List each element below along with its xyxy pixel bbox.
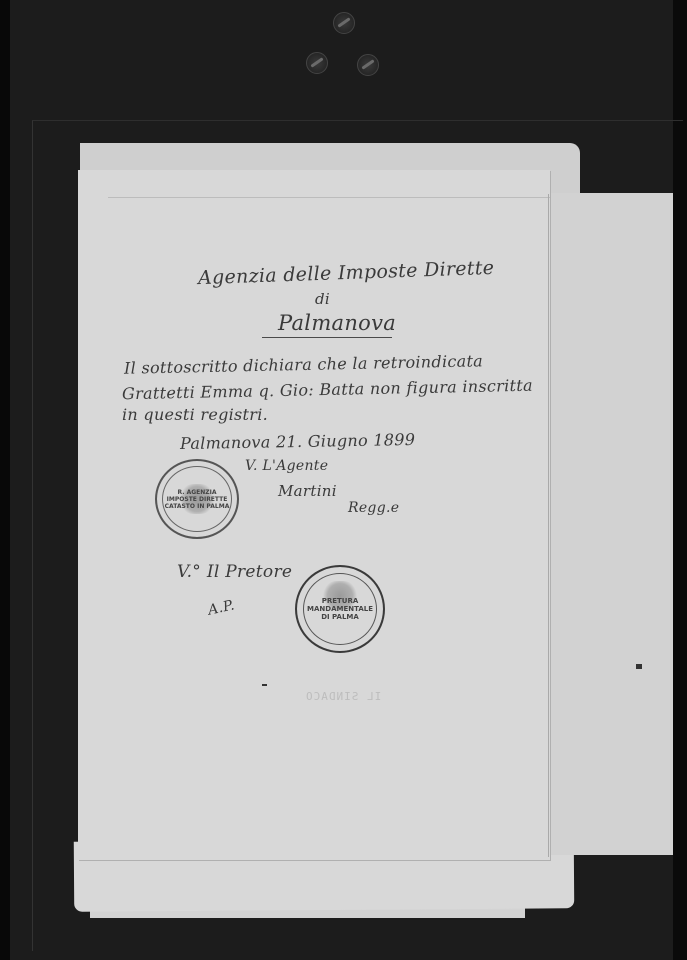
agency-stamp-text: R. AGENZIA IMPOSTE DIRETTE CATASTO IN PA…: [157, 489, 237, 510]
agency-stamp: R. AGENZIA IMPOSTE DIRETTE CATASTO IN PA…: [155, 459, 239, 539]
declaration-line-3: in questi registri.: [122, 405, 268, 424]
heading-underline: [262, 337, 392, 338]
sheet-inner-fold: [108, 197, 550, 198]
ink-speck: [262, 684, 267, 686]
screw-icon: [333, 12, 355, 34]
signature-suffix: Regg.e: [348, 500, 399, 516]
agent-title: V. L'Agente: [245, 458, 328, 474]
agent-signature: Martini: [278, 482, 337, 500]
pretura-stamp: PRETURA MANDAMENTALE DI PALMA: [295, 565, 385, 653]
screw-icon: [357, 54, 379, 76]
heading-preposition: di: [315, 290, 330, 308]
sheet-right-edge: [548, 194, 549, 857]
folded-right-panel: [548, 193, 673, 855]
ink-speck: [636, 664, 642, 669]
heading-place: Palmanova: [278, 311, 396, 335]
visto-pretore: V.° Il Pretore: [177, 562, 292, 582]
bleed-through-text: IL SINDACO: [305, 690, 381, 703]
scanner-edge-left: [0, 0, 10, 960]
pretura-stamp-text: PRETURA MANDAMENTALE DI PALMA: [297, 597, 383, 621]
screw-icon: [306, 52, 328, 74]
